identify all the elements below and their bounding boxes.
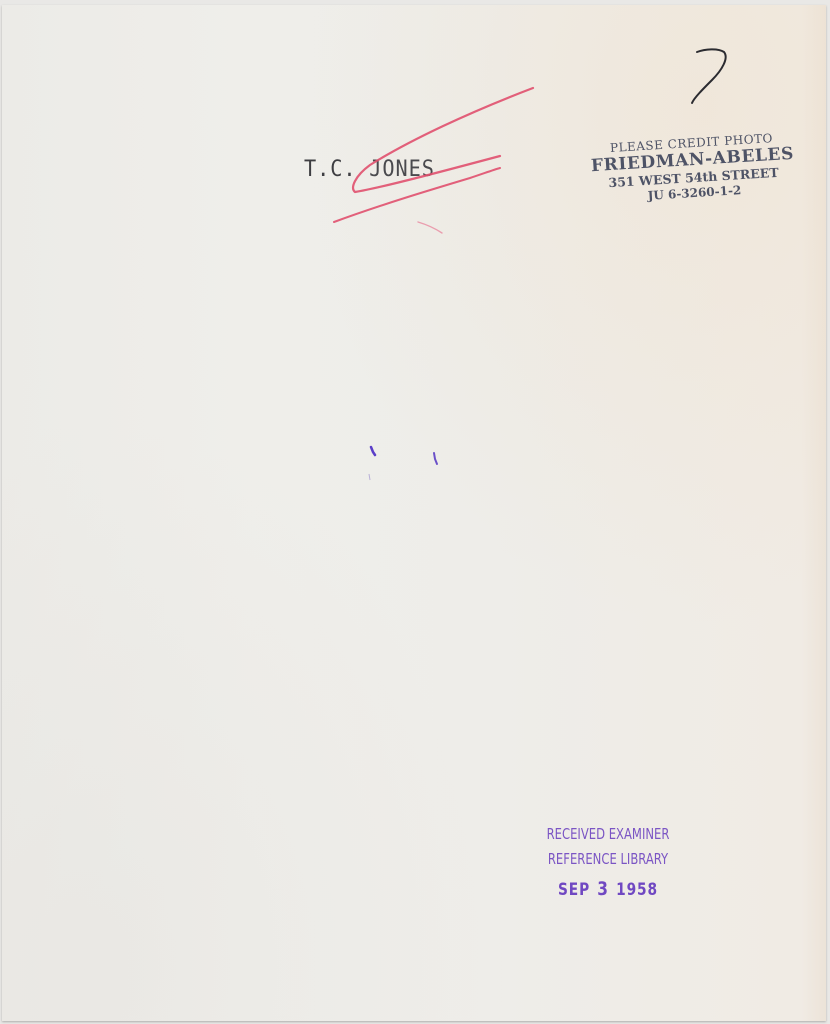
stamp-date-year: 1958 (616, 880, 658, 900)
photo-credit-stamp: PLEASE CREDIT PHOTO FRIEDMAN-ABELES 351 … (586, 130, 800, 208)
stamp-date-day: 3 (597, 878, 609, 900)
typed-name: T.C.JONES (304, 157, 435, 182)
received-stamp-line-2: REFERENCE LIBRARY (539, 847, 677, 872)
received-date-stamp: RECEIVED EXAMINER REFERENCE LIBRARY SEP3… (528, 822, 688, 907)
received-stamp-line-1: RECEIVED EXAMINER (539, 822, 677, 847)
received-stamp-date: SEP31958 (536, 872, 680, 907)
stamp-date-month: SEP (558, 880, 590, 900)
typed-initials: T.C. (304, 157, 356, 182)
typed-surname: JONES (369, 157, 435, 182)
